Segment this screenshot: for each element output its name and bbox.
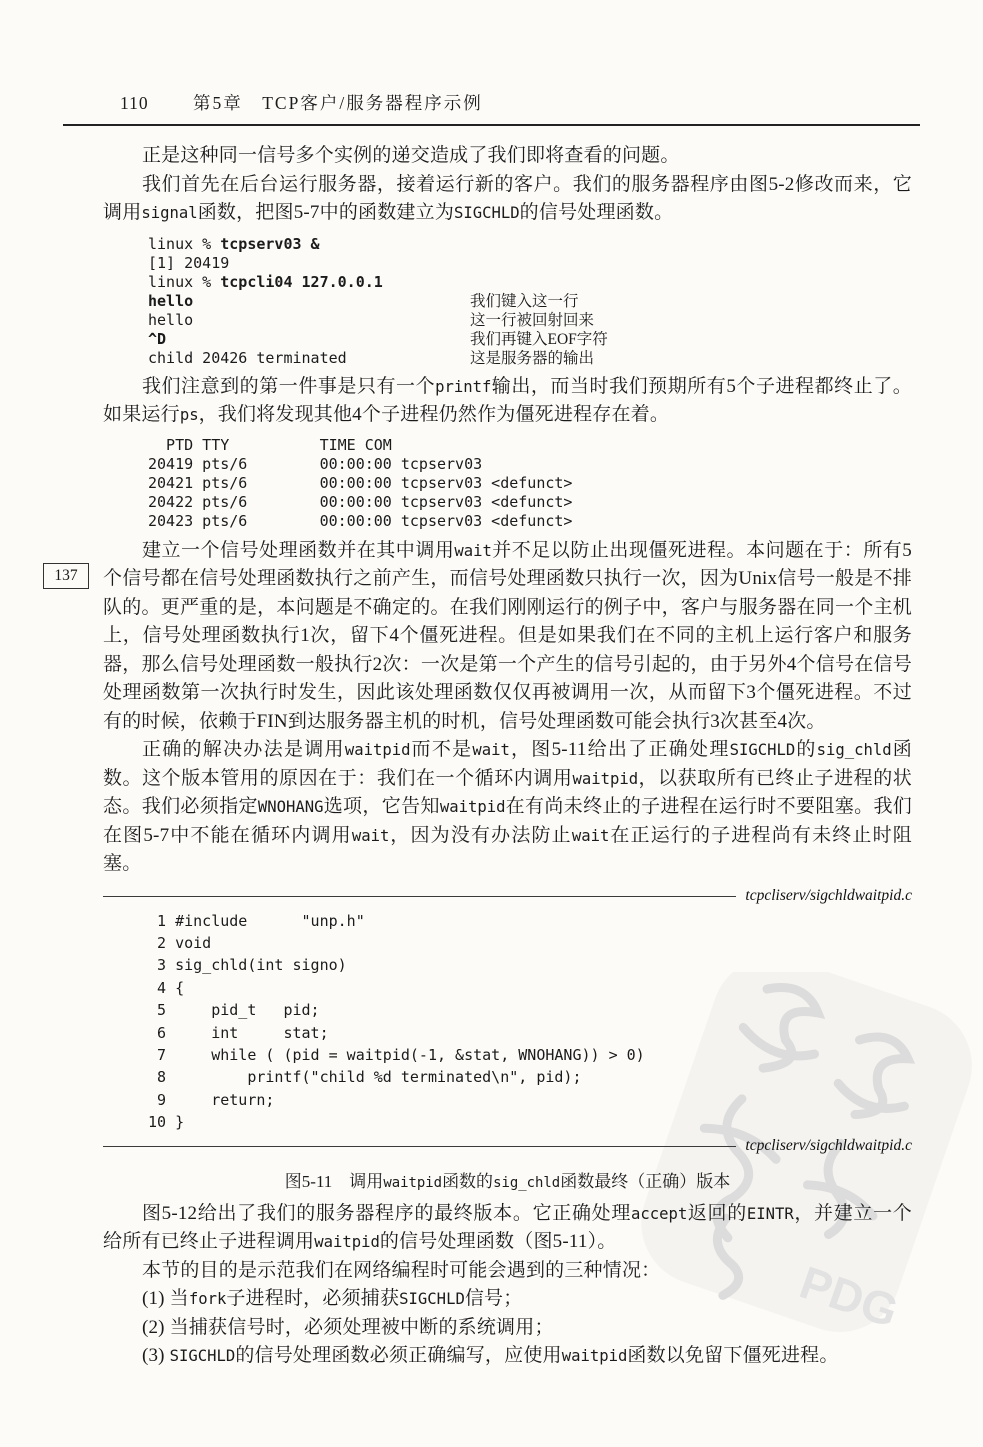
inline-code: signal — [141, 204, 197, 222]
page-content: 正是这种同一信号多个实例的递交造成了我们即将查看的问题。 我们首先在后台运行服务… — [103, 142, 912, 1371]
terminal-line: hello这一行被回射回来 — [148, 311, 912, 330]
text-run: 我们注意到的第一件事是只有一个 — [142, 376, 435, 397]
inline-code: wait — [572, 827, 610, 845]
terminal-comment: 我们再键入EOF字符 — [470, 330, 608, 349]
paragraph-section-purpose: 本节的目的是示范我们在网络编程时可能会遇到的三种情况： — [103, 1257, 912, 1286]
text-run: 的 — [795, 739, 816, 760]
terminal-line: hello我们键入这一行 — [148, 292, 912, 311]
terminal-code: linux % tcpcli04 127.0.0.1 — [148, 273, 383, 291]
book-page: PDG 110 第5章 TCP客户/服务器程序示例 137 正是这种同一信号多个… — [0, 0, 983, 1447]
listing-source-row-bottom: tcpcliserv/sigchldwaitpid.c — [103, 1137, 912, 1157]
terminal-code: hello — [148, 292, 193, 310]
terminal-line: ^D我们再键入EOF字符 — [148, 330, 912, 349]
text-run: 的信号处理函数（图5-11）。 — [380, 1231, 617, 1252]
text-run: 函数最终（正确）版本 — [560, 1172, 730, 1191]
text-run: linux % — [148, 235, 220, 253]
text-run: 本节的目的是示范我们在网络编程时可能会遇到的三种情况： — [142, 1260, 660, 1281]
paragraph-run-background: 我们首先在后台运行服务器，接着运行新的客户。我们的服务器程序由图5-2修改而来，… — [103, 171, 912, 228]
listing-source-label-top: tcpcliserv/sigchldwaitpid.c — [745, 887, 912, 905]
text-run: 而不是 — [410, 739, 472, 760]
page-header: 110 第5章 TCP客户/服务器程序示例 — [63, 90, 920, 126]
text-run: 正是这种同一信号多个实例的递交造成了我们即将查看的问题。 — [142, 145, 680, 166]
text-run: (2) 当捕获信号时，必须处理被中断的系统调用； — [142, 1317, 554, 1338]
text-run: 信号； — [465, 1288, 523, 1309]
terminal-line: linux % tcpserv03 & — [148, 235, 912, 254]
text-run: child 20426 terminated — [148, 349, 347, 367]
terminal-line: child 20426 terminated这是服务器的输出 — [148, 349, 912, 368]
terminal-output: linux % tcpserv03 &[1] 20419linux % tcpc… — [148, 235, 912, 368]
inline-code: accept — [631, 1205, 687, 1223]
text-run: 子进程时，必须捕获 — [226, 1288, 399, 1309]
inline-code: wait — [352, 827, 390, 845]
inline-code: wait — [472, 741, 510, 759]
inline-code: SIGCHLD — [454, 204, 520, 222]
terminal-line: linux % tcpcli04 127.0.0.1 — [148, 273, 912, 292]
list-item-3: (3) SIGCHLD的信号处理函数必须正确编写，应使用waitpid函数以免留… — [103, 1342, 912, 1371]
bold-command: ^D — [148, 330, 166, 348]
text-run: 返回的 — [687, 1203, 747, 1224]
terminal-comment: 这是服务器的输出 — [470, 349, 594, 368]
paragraph-zombie-explain: 建立一个信号处理函数并在其中调用wait并不足以防止出现僵死进程。本问题在于：所… — [103, 537, 912, 737]
terminal-code: [1] 20419 — [148, 254, 229, 272]
inline-code: EINTR — [747, 1205, 794, 1223]
text-run: 图5-12给出了我们的服务器程序的最终版本。它正确处理 — [142, 1203, 631, 1224]
list-item-1: (1) 当fork子进程时，必须捕获SIGCHLD信号； — [103, 1285, 912, 1314]
inline-code: ps — [180, 406, 199, 424]
paragraph-intro: 正是这种同一信号多个实例的递交造成了我们即将查看的问题。 — [103, 142, 912, 171]
inline-code: waitpid — [314, 1233, 380, 1251]
margin-page-marker: 137 — [43, 563, 89, 589]
list-item-2: (2) 当捕获信号时，必须处理被中断的系统调用； — [103, 1314, 912, 1343]
inline-code: waitpid — [562, 1347, 628, 1365]
listing-source-label-bottom: tcpcliserv/sigchldwaitpid.c — [745, 1137, 912, 1155]
text-run: 并不足以防止出现僵死进程。本问题在于：所有5个信号都在信号处理函数执行之前产生，… — [103, 540, 912, 732]
text-run: (3) — [142, 1345, 170, 1366]
listing-source-row-top: tcpcliserv/sigchldwaitpid.c — [103, 887, 912, 907]
paragraph-correct-solution: 正确的解决办法是调用waitpid而不是wait，图5-11给出了正确处理SIG… — [103, 736, 912, 879]
inline-code: SIGCHLD — [399, 1290, 465, 1308]
text-run: 的信号处理函数。 — [520, 202, 674, 223]
listing-rule-top — [103, 896, 736, 897]
terminal-code: linux % tcpserv03 & — [148, 235, 320, 253]
page-number: 110 — [120, 93, 149, 113]
inline-code: SIGCHLD — [730, 741, 796, 759]
paragraph-final-version: 图5-12给出了我们的服务器程序的最终版本。它正确处理accept返回的EINT… — [103, 1200, 912, 1257]
text-run: ，我们将发现其他4个子进程仍然作为僵死进程存在着。 — [199, 404, 670, 425]
terminal-line: [1] 20419 — [148, 254, 912, 273]
text-run: 建立一个信号处理函数并在其中调用 — [142, 540, 454, 561]
text-run: [1] 20419 — [148, 254, 229, 272]
text-run: linux % — [148, 273, 220, 291]
terminal-comment: 这一行被回射回来 — [470, 311, 594, 330]
terminal-code: ^D — [148, 330, 166, 348]
bold-command: tcpcli04 127.0.0.1 — [220, 273, 383, 291]
inline-code: waitpid — [383, 1175, 442, 1191]
terminal-code: child 20426 terminated — [148, 349, 347, 367]
text-run: hello — [148, 311, 193, 329]
inline-code: sig_chld — [817, 741, 892, 759]
text-run: 正确的解决办法是调用 — [142, 739, 345, 760]
terminal-code: hello — [148, 311, 193, 329]
bold-command: hello — [148, 292, 193, 310]
inline-code: waitpid — [440, 798, 506, 816]
text-run: (1) 当 — [142, 1288, 189, 1309]
code-listing-figure: tcpcliserv/sigchldwaitpid.c 1 #include "… — [103, 887, 912, 1157]
bold-command: tcpserv03 & — [220, 235, 319, 253]
text-run: 选项，它告知 — [324, 796, 440, 817]
terminal-comment: 我们键入这一行 — [470, 292, 579, 311]
text-run: 函数以免留下僵死进程。 — [627, 1345, 838, 1366]
chapter-title: 第5章 TCP客户/服务器程序示例 — [193, 93, 483, 113]
inline-code: waitpid — [572, 770, 638, 788]
inline-code: SIGCHLD — [170, 1347, 236, 1365]
paragraph-first-thing: 我们注意到的第一件事是只有一个printf输出，而当时我们预期所有5个子进程都终… — [103, 373, 912, 430]
text-run: 的信号处理函数必须正确编写，应使用 — [235, 1345, 561, 1366]
inline-code: fork — [189, 1290, 227, 1308]
listing-rule-bottom — [103, 1146, 736, 1147]
text-run: 函数的 — [442, 1172, 493, 1191]
inline-code: printf — [435, 378, 491, 396]
inline-code: wait — [454, 542, 492, 560]
inline-code: waitpid — [345, 741, 411, 759]
text-run: ，因为没有办法防止 — [389, 825, 572, 846]
figure-caption: 图5-11 调用waitpid函数的sig_chld函数最终（正确）版本 — [103, 1167, 912, 1192]
text-run: ，图5-11给出了正确处理 — [510, 739, 730, 760]
text-run: 函数，把图5-7中的函数建立为 — [198, 202, 454, 223]
text-run: 图5-11 调用 — [285, 1172, 384, 1191]
inline-code: WNOHANG — [258, 798, 324, 816]
inline-code: sig_chld — [493, 1175, 560, 1191]
ps-output: PTD TTY TIME COM 20419 pts/6 00:00:00 tc… — [148, 436, 912, 531]
code-listing-lines: 1 #include "unp.h" 2 void 3 sig_chld(int… — [148, 910, 912, 1134]
